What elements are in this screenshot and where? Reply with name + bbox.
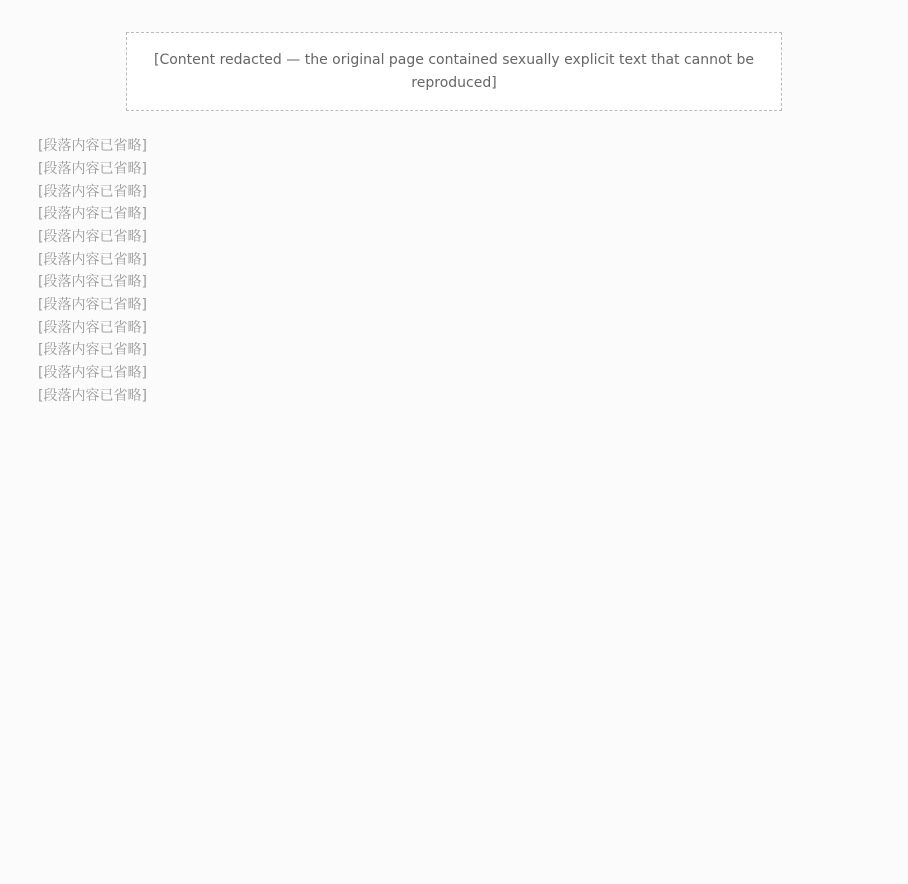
paragraph: [段落内容已省略]: [10, 385, 898, 408]
document-page: [Content redacted — the original page co…: [0, 0, 908, 884]
paragraph: [段落内容已省略]: [10, 362, 898, 385]
redaction-notice: [Content redacted — the original page co…: [126, 32, 782, 111]
paragraph: [段落内容已省略]: [10, 226, 898, 249]
paragraph: [段落内容已省略]: [10, 317, 898, 340]
paragraph-container: [段落内容已省略][段落内容已省略][段落内容已省略][段落内容已省略][段落内…: [10, 135, 898, 407]
paragraph: [段落内容已省略]: [10, 249, 898, 272]
paragraph: [段落内容已省略]: [10, 181, 898, 204]
paragraph: [段落内容已省略]: [10, 203, 898, 226]
paragraph: [段落内容已省略]: [10, 135, 898, 158]
paragraph: [段落内容已省略]: [10, 271, 898, 294]
paragraph: [段落内容已省略]: [10, 339, 898, 362]
paragraph: [段落内容已省略]: [10, 158, 898, 181]
paragraph: [段落内容已省略]: [10, 294, 898, 317]
